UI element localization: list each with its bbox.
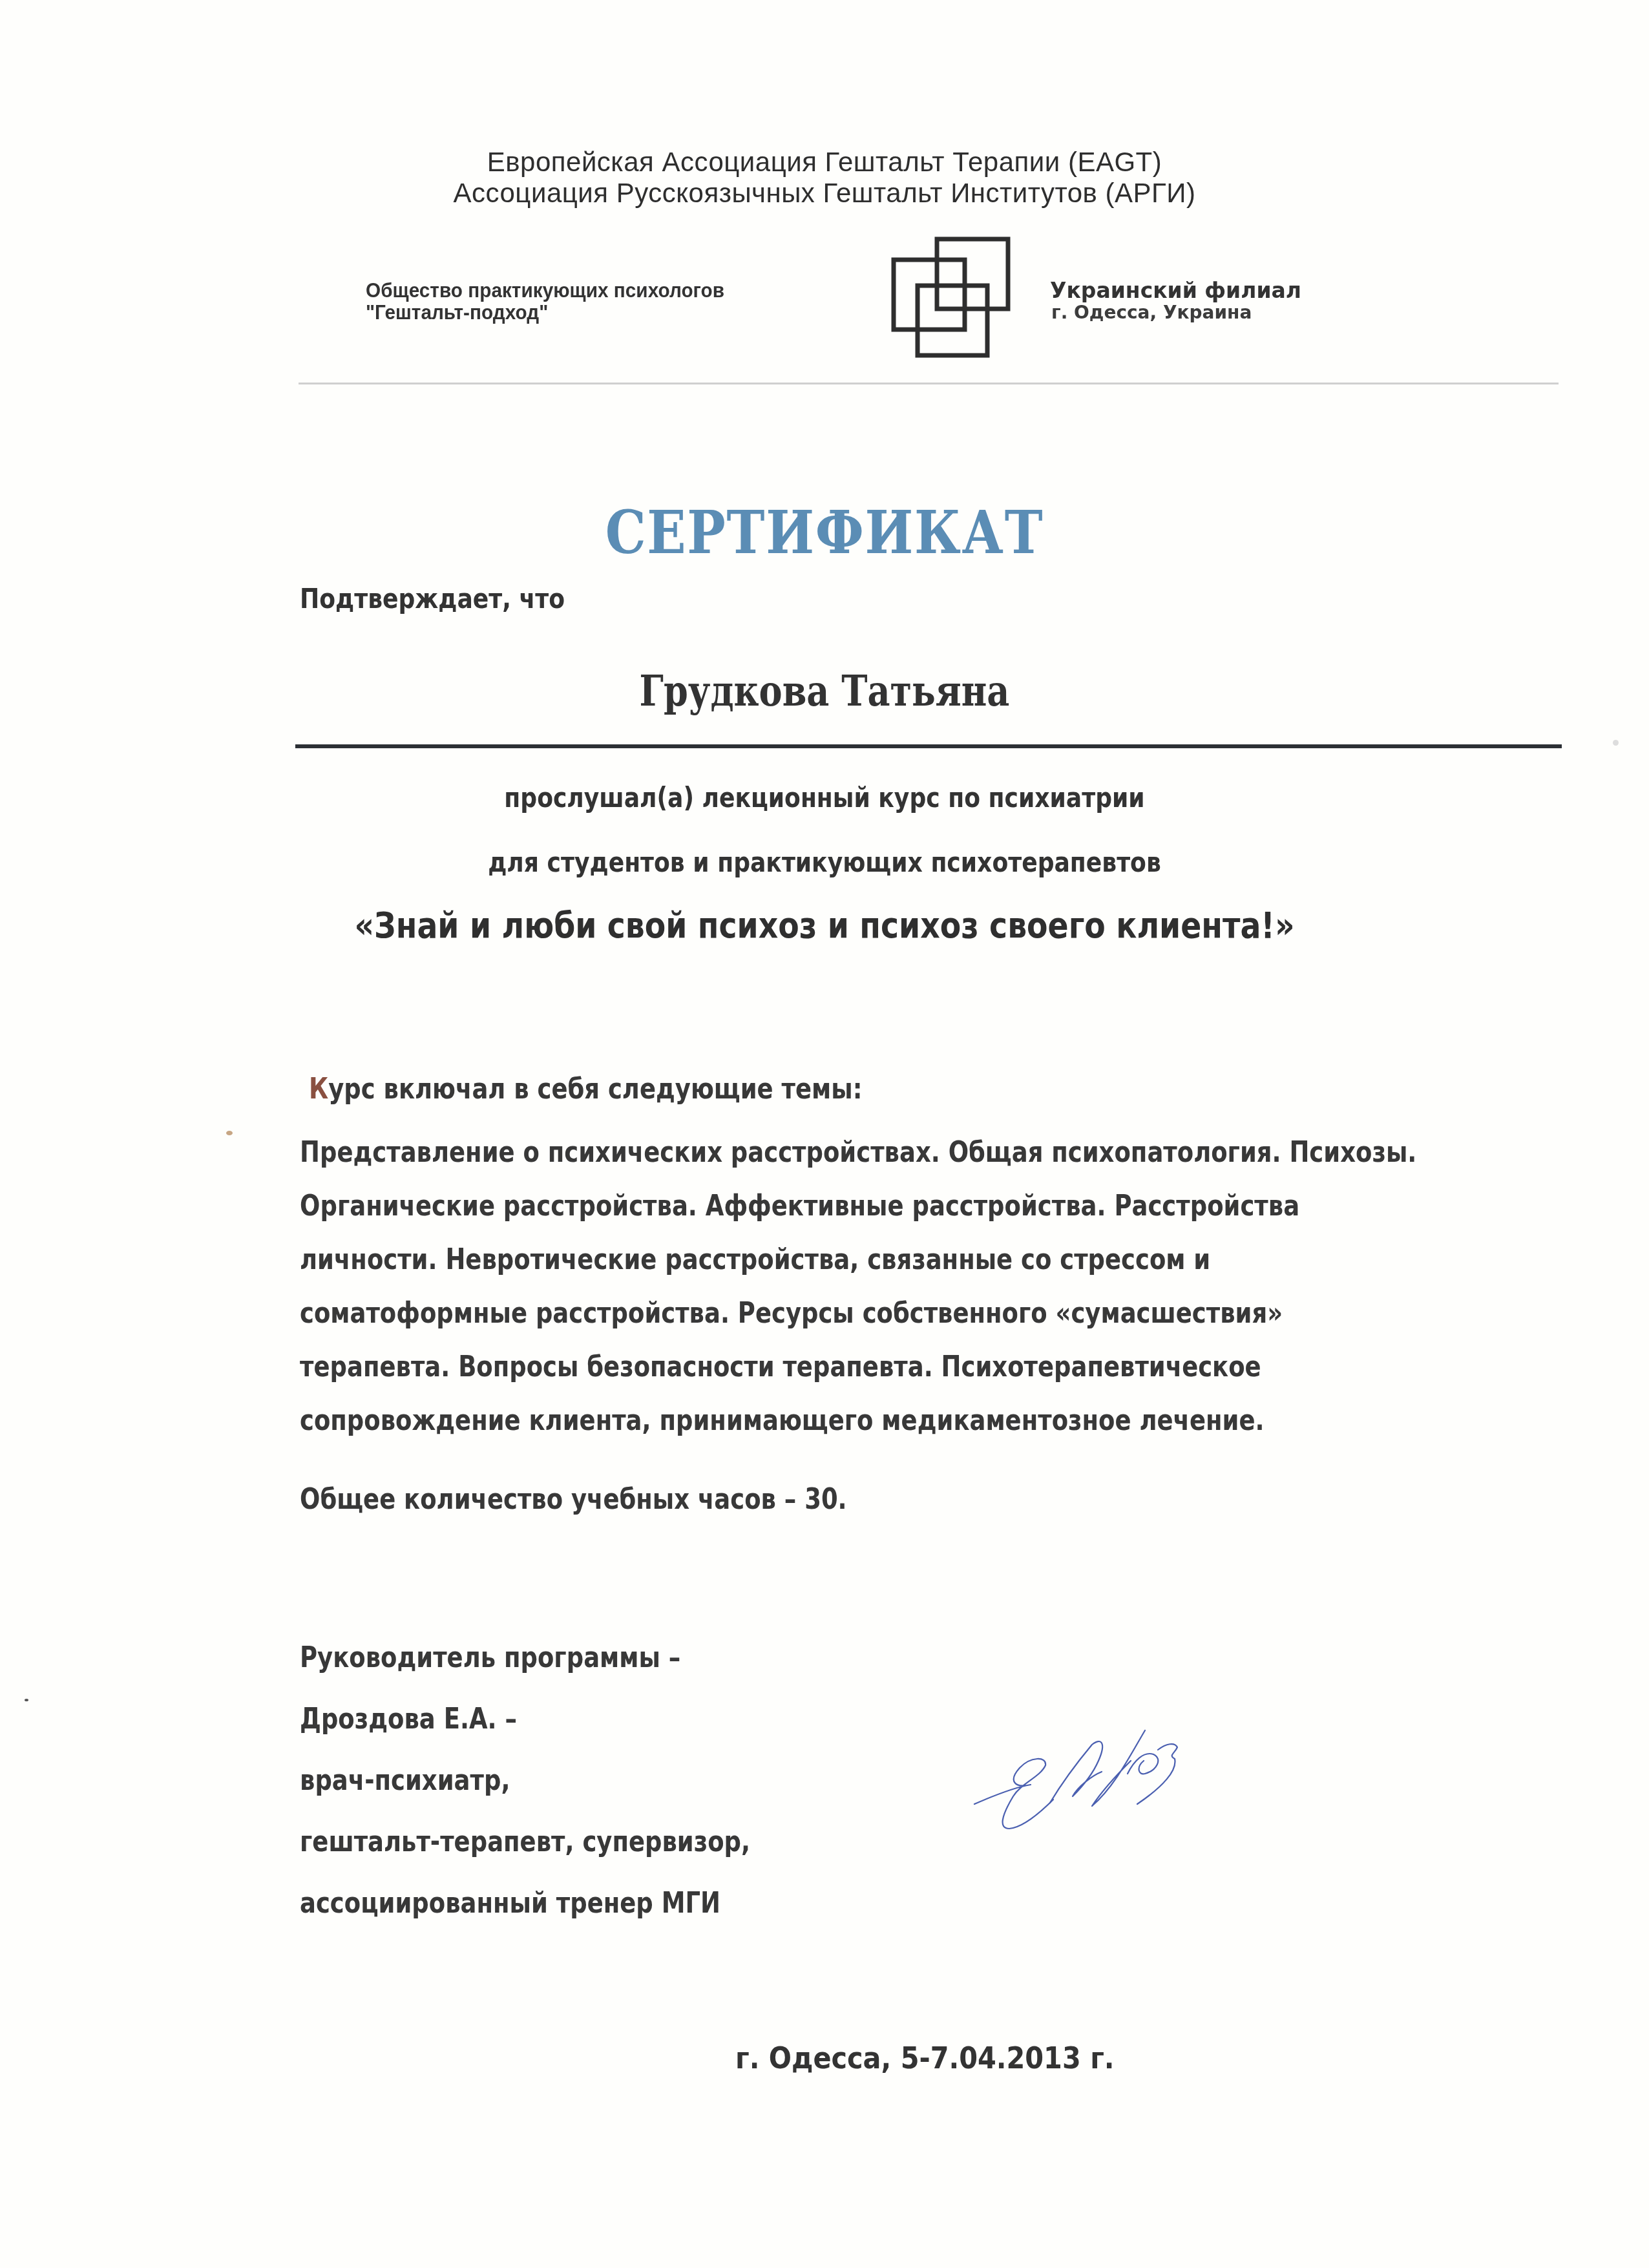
signatory-name: Дроздова Е.А. –	[300, 1703, 517, 1736]
signatory-title-1: врач-психиатр,	[300, 1764, 510, 1797]
topics-line: терапевта. Вопросы безопасности терапевт…	[300, 1350, 1261, 1383]
name-underline	[295, 744, 1562, 748]
society-name: Общество практикующих психологов	[366, 279, 724, 301]
association-argi: Ассоциация Русскоязычных Гештальт Инстит…	[0, 178, 1649, 208]
topics-line: Представление о психических расстройства…	[300, 1136, 1416, 1169]
place-and-date: г. Одесса, 5-7.04.2013 г.	[735, 2041, 1115, 2075]
signatory-title-2: гештальт-терапевт, супервизор,	[300, 1825, 750, 1858]
three-overlapping-squares-icon	[888, 234, 1011, 360]
recipient-name: Грудкова Татьяна	[149, 666, 1501, 716]
confirms-label: Подтверждает, что	[300, 583, 565, 614]
course-title: «Знай и люби свой психоз и психоз своего…	[116, 905, 1534, 946]
course-description-line-2: для студентов и практикующих психотерапе…	[116, 846, 1534, 878]
certificate-title: СЕРТИФИКАТ	[116, 498, 1534, 567]
topics-intro-text: урс включал в себя следующие темы:	[328, 1073, 862, 1106]
society-subtitle: "Гештальт-подход"	[366, 301, 548, 323]
signatory-role: Руководитель программы –	[300, 1641, 680, 1674]
topics-line: личности. Невротические расстройства, св…	[300, 1243, 1210, 1276]
handwritten-signature	[969, 1725, 1202, 1842]
topics-line: соматоформные расстройства. Ресурсы собс…	[300, 1297, 1283, 1330]
topics-intro-initial: К	[309, 1073, 328, 1106]
scan-speck	[226, 1131, 233, 1135]
scan-speck	[25, 1699, 28, 1701]
topics-intro: Курс включал в себя следующие темы:	[309, 1073, 862, 1106]
branch-name: Украинский филиал	[1050, 278, 1301, 303]
association-eagt: Европейская Ассоциация Гештальт Терапии …	[0, 147, 1649, 177]
topics-line: Органические расстройства. Аффективные р…	[300, 1190, 1299, 1223]
course-description-line-1: прослушал(а) лекционный курс по психиатр…	[116, 782, 1534, 814]
branch-location: г. Одесса, Украина	[1051, 302, 1252, 323]
header-divider	[299, 383, 1559, 384]
signatory-title-3: ассоциированный тренер МГИ	[300, 1887, 720, 1920]
total-hours: Общее количество учебных часов – 30.	[300, 1483, 847, 1516]
topics-line: сопровождение клиента, принимающего меди…	[300, 1404, 1264, 1437]
scan-speck	[1613, 740, 1619, 746]
